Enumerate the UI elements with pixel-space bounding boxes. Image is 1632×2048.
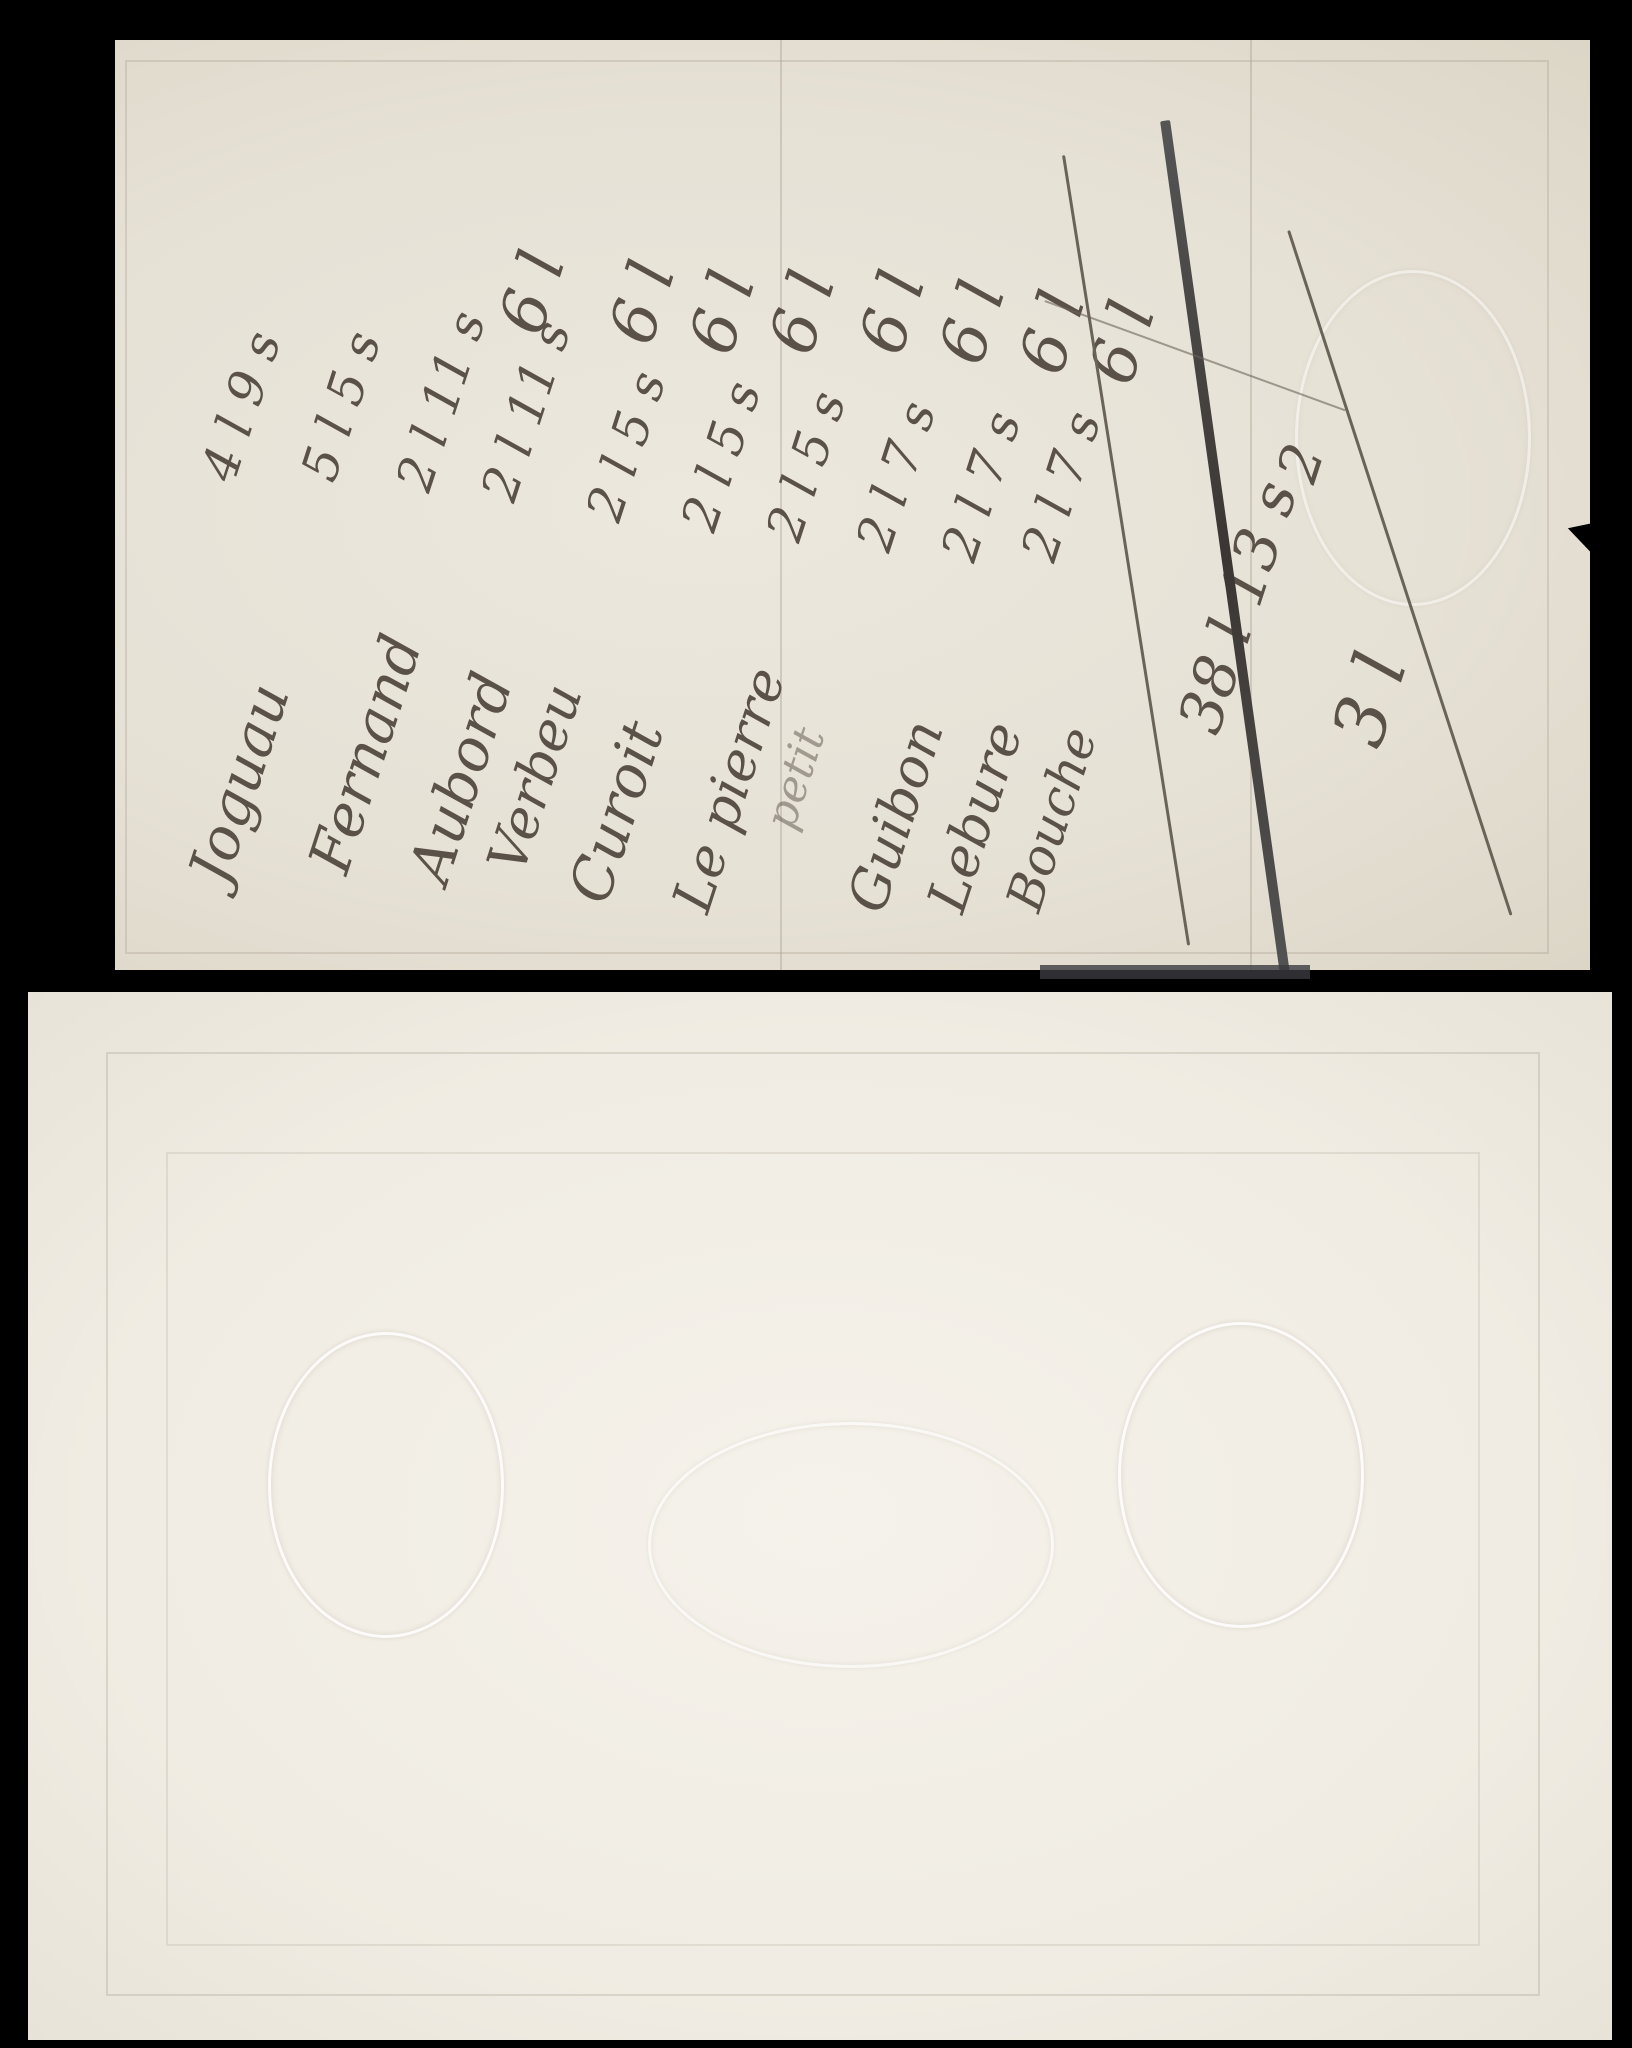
emboss-oval-left <box>268 1332 504 1638</box>
bottom-note <box>28 992 1612 2040</box>
emboss-oval-right <box>1118 1322 1364 1628</box>
emboss-oval-center <box>648 1422 1054 1668</box>
top-note: Joguau Fernand Aubord Verbeu Curoit Le p… <box>115 40 1590 970</box>
emboss-oval <box>1295 270 1531 606</box>
note-shadow <box>1040 965 1310 979</box>
